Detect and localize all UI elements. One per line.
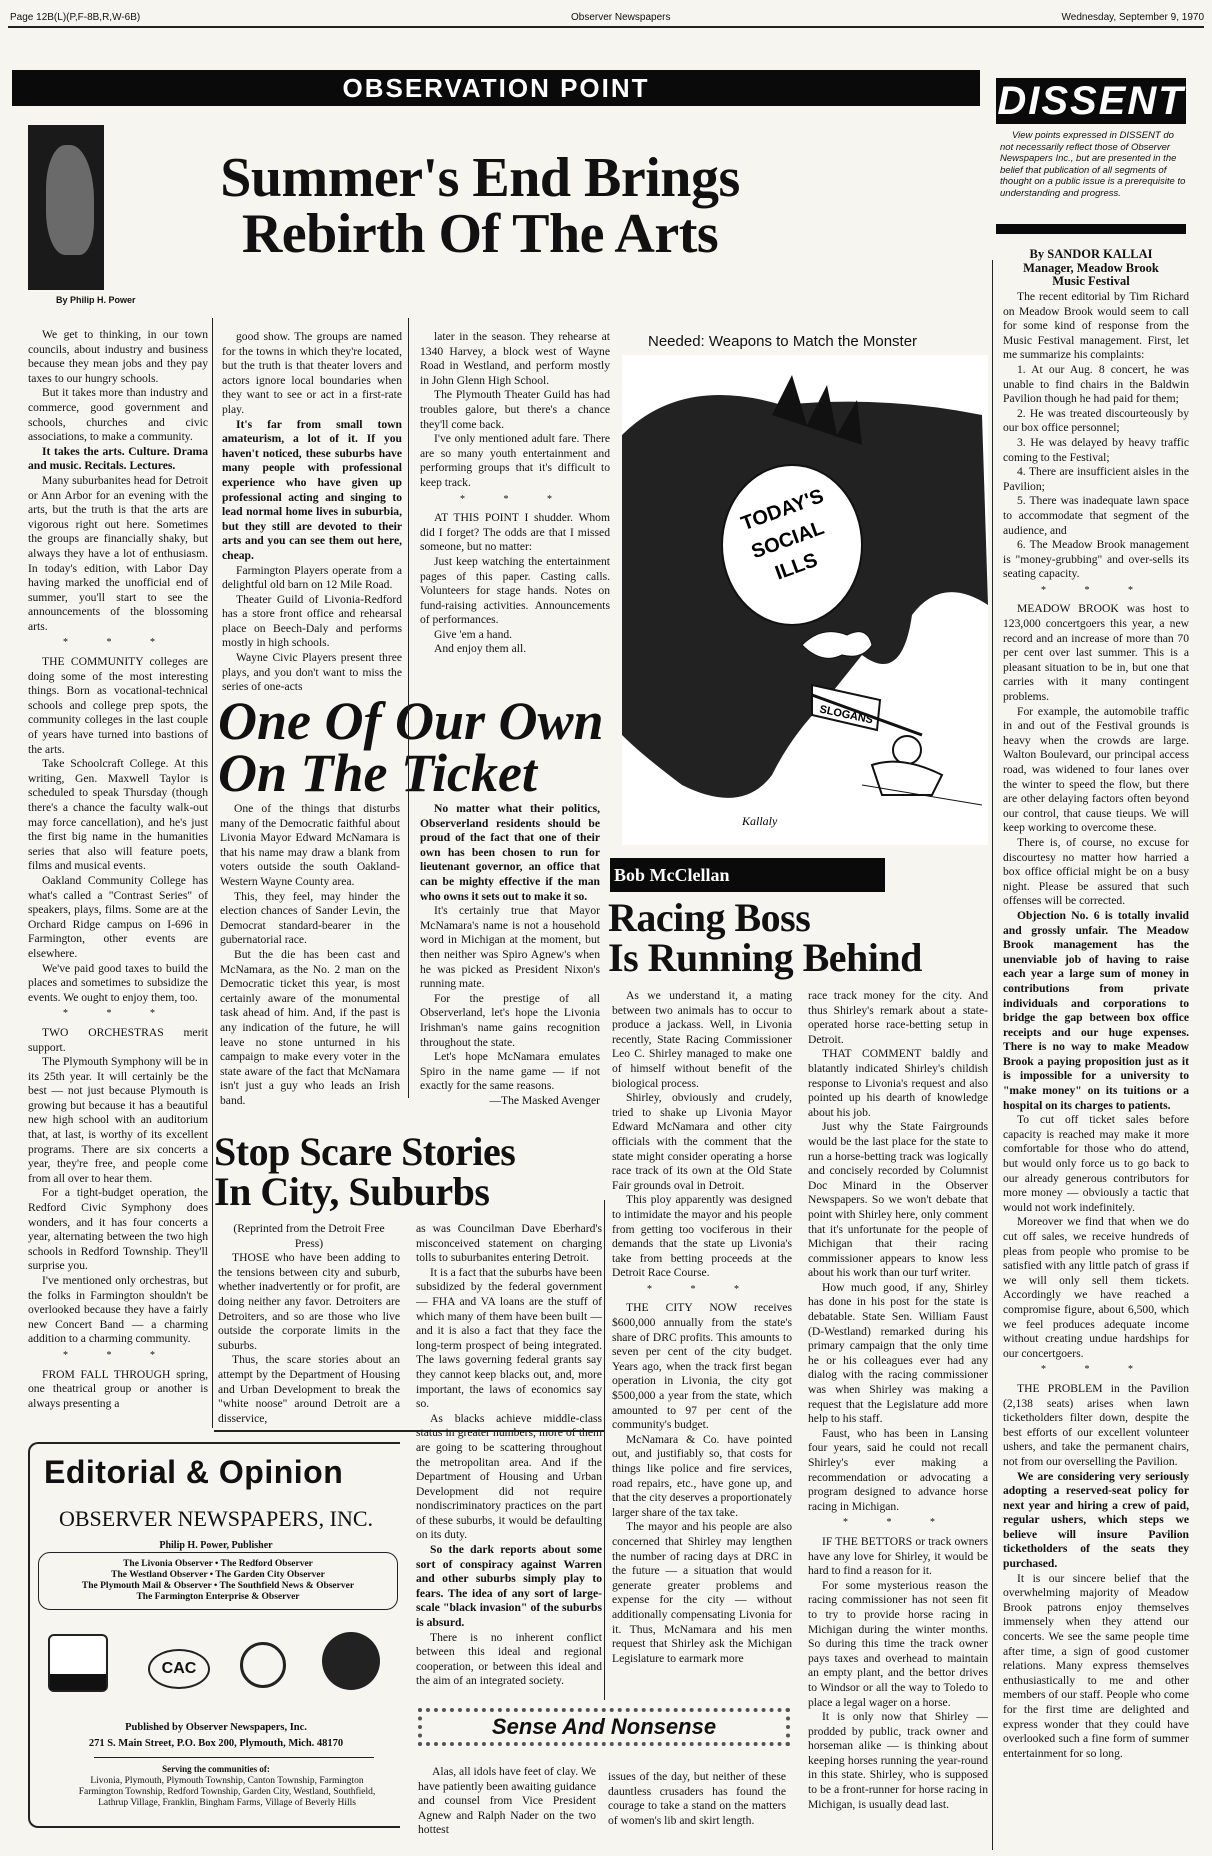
dissent-column: The recent editorial by Tim Richard on M… (1003, 290, 1189, 1761)
dissent-disclaimer: View points expressed in DISSENT do not … (1000, 130, 1188, 200)
address: 271 S. Main Street, P.O. Box 200, Plymou… (30, 1738, 402, 1749)
obs-column-1: We get to thinking, in our town councils… (28, 328, 208, 1411)
national-newspaper-logo-icon (322, 1632, 380, 1690)
divider (94, 1757, 374, 1758)
racing-column-1: As we understand it, a mating between tw… (612, 989, 792, 1666)
column-rule (604, 1200, 605, 1700)
dissent-rule (996, 224, 1186, 234)
ticket-column-1: One of the things that disturbs many of … (220, 802, 400, 1108)
cartoon-title: Needed: Weapons to Match the Monster (648, 333, 988, 350)
columnist-bar: Bob McClellan (610, 858, 885, 892)
headline-racing-boss: Racing Boss Is Running Behind (608, 898, 998, 978)
headline-stop-scare: Stop Scare Stories In City, Suburbs (214, 1132, 614, 1212)
column-rule (992, 260, 993, 1850)
scare-column-1: (Reprinted from the Detroit Free Press) … (218, 1222, 400, 1426)
sense-nonsense-banner: Sense And Nonsense (418, 1708, 790, 1746)
press-association-logo-icon (240, 1642, 286, 1688)
company-name: OBSERVER NEWSPAPERS, INC. (30, 1506, 402, 1532)
publication-name: Observer Newspapers (571, 12, 670, 23)
author-photo (28, 125, 104, 290)
page-label: Page 12B(L)(P,F-8B,R,W-6B) (10, 12, 140, 23)
obs-column-2: good show. The groups are named for the … (222, 330, 402, 695)
serving-label: Serving the communities of: (30, 1764, 402, 1774)
sense-column-1: Alas, all idols have feet of clay. We ha… (418, 1765, 596, 1838)
dissent-byline: By SANDOR KALLAI Manager, Meadow Brook M… (996, 248, 1186, 289)
masthead-box: Editorial & Opinion OBSERVER NEWSPAPERS,… (28, 1442, 400, 1828)
section-rule (214, 1430, 604, 1432)
ticket-column-2: No matter what their politics, Observerl… (420, 802, 600, 1108)
column-rule (212, 318, 213, 1428)
svg-text:Kallaly: Kallaly (741, 814, 778, 828)
cartoon-illustration: TODAY'S SOCIAL ILLS SLOGANS Kallaly (622, 355, 988, 845)
observation-point-banner: OBSERVATION POINT (12, 70, 980, 106)
sense-nonsense-title: Sense And Nonsense (422, 1712, 786, 1742)
headline-one-of-our-own: One Of Our Own On The Ticket (218, 695, 618, 799)
cac-logo-icon: CAC (148, 1649, 210, 1689)
suburban-press-logo-icon (48, 1634, 108, 1692)
publisher-line: Philip H. Power, Publisher (30, 1540, 402, 1551)
sense-column-2: issues of the day, but neither of these … (608, 1770, 786, 1828)
page-header: Page 12B(L)(P,F-8B,R,W-6B) Observer News… (8, 10, 1204, 28)
papers-list: The Livonia Observer • The Redford Obser… (38, 1552, 398, 1610)
headline-summers-end: Summer's End Brings Rebirth Of The Arts (170, 150, 790, 262)
monster-cartoon-icon: TODAY'S SOCIAL ILLS SLOGANS Kallaly (622, 355, 988, 845)
communities-list: Livonia, Plymouth, Plymouth Township, Ca… (72, 1776, 382, 1809)
byline-power: By Philip H. Power (56, 295, 136, 305)
dissent-banner: DISSENT (996, 78, 1186, 124)
editorial-opinion-title: Editorial & Opinion (44, 1454, 343, 1491)
published-by: Published by Observer Newspapers, Inc. (30, 1722, 402, 1733)
racing-column-2: race track money for the city. And thus … (808, 989, 988, 1812)
column-rule (408, 318, 409, 1098)
masked-avenger-signature: —The Masked Avenger (420, 1094, 600, 1109)
obs-column-3: later in the season. They rehearse at 13… (420, 330, 610, 657)
issue-date: Wednesday, September 9, 1970 (1062, 12, 1205, 23)
scare-column-2: as was Councilman Dave Eberhard's miscon… (416, 1222, 602, 1689)
